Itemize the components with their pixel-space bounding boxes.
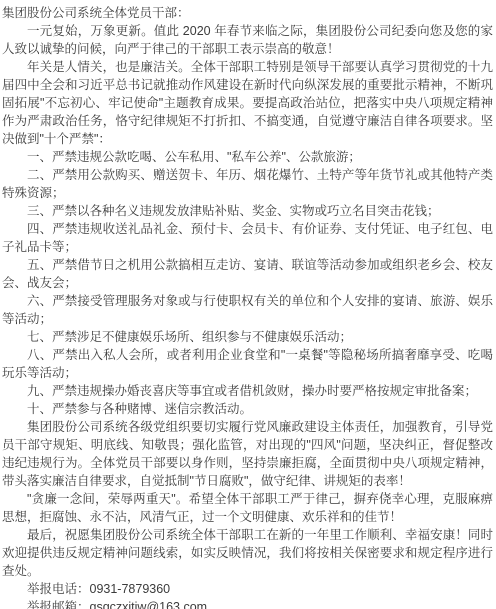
prohibition-item-4: 四、严禁违规收送礼品礼金、预付卡、会员卡、有价证券、支付凭证、电子红包、电子礼品… (2, 220, 493, 256)
intro-paragraph-2: 年关是人情关，也是廉洁关。全体干部职工特别是领导干部要认真学习贯彻党的十九届四中… (2, 58, 493, 148)
intro-paragraph-1: 一元复始，万象更新。值此 2020 年春节来临之际，集团股份公司纪委向您及您的家… (2, 22, 493, 58)
report-email-line: 举报邮箱：gsgczxjtjw@163.com (2, 598, 493, 609)
salutation: 集团股份公司系统全体党员干部： (2, 4, 493, 22)
prohibition-item-2: 二、严禁用公款购买、赠送贺卡、年历、烟花爆竹、土特产等年货节礼或其他特产类特殊资… (2, 166, 493, 202)
prohibition-item-3: 三、严禁以各种名义违规发放津贴补贴、奖金、实物或巧立名目突击花钱； (2, 202, 493, 220)
prohibition-item-10: 十、严禁参与各种赌博、迷信宗教活动。 (2, 400, 493, 418)
notice-document: 集团股份公司系统全体党员干部： 一元复始，万象更新。值此 2020 年春节来临之… (0, 0, 496, 609)
prohibition-item-6: 六、严禁接受管理服务对象或与行使职权有关的单位和个人安排的宴请、旅游、娱乐等活动… (2, 292, 493, 328)
prohibition-item-1: 一、严禁违规公款吃喝、公车私用、"私车公养"、公款旅游； (2, 148, 493, 166)
closing-paragraph-2: "贪廉一念间，荣辱两重天"。希望全体干部职工严于律己，摒弃侥幸心理，克服麻痹思想… (2, 490, 493, 526)
prohibition-item-5: 五、严禁借节日之机用公款搞相互走访、宴请、联谊等活动参加或组织老乡会、校友会、战… (2, 256, 493, 292)
closing-paragraph-3: 最后，祝愿集团股份公司系统全体干部职工在新的一年里工作顺利、幸福安康！同时欢迎提… (2, 526, 493, 580)
report-phone-line: 举报电话：0931-7879360 (2, 580, 493, 598)
prohibition-item-7: 七、严禁涉足不健康娱乐场所、组织参与不健康娱乐活动； (2, 328, 493, 346)
prohibition-item-9: 九、严禁违规操办婚丧喜庆等事宜或者借机敛财，操办时要严格按规定审批备案； (2, 382, 493, 400)
closing-paragraph-1: 集团股份公司系统各级党组织要切实履行党风廉政建设主体责任，加强教育，引导党员干部… (2, 418, 493, 490)
prohibition-item-8: 八、严禁出入私人会所，或者利用企业食堂和"一桌餐"等隐秘场所搞奢靡享受、吃喝玩乐… (2, 346, 493, 382)
